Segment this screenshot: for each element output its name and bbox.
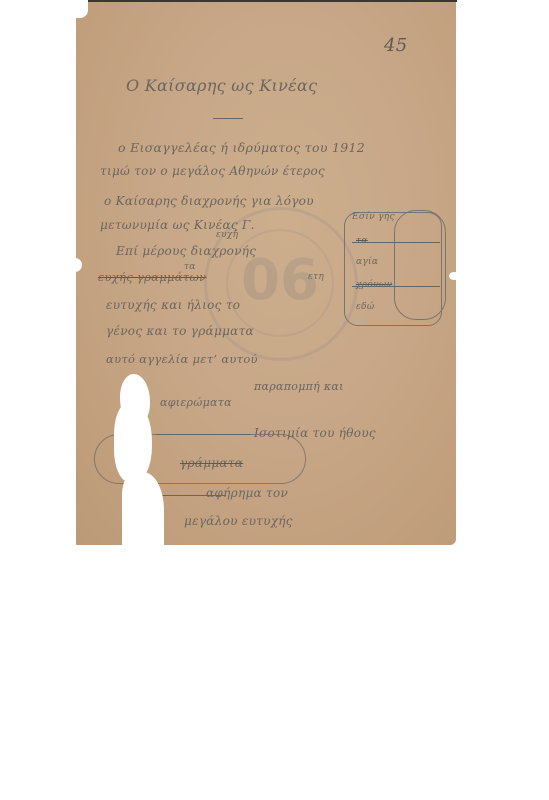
tear-hole-lower (122, 472, 164, 548)
manuscript-line-15: μεγάλου ευτυχής (184, 514, 293, 528)
title-rule (213, 118, 243, 119)
margin-strike-1 (352, 242, 440, 243)
margin-note-line-2: τα (356, 236, 368, 246)
manuscript-line-3: ο Καίσαρης διαχρονής για λόγου (104, 194, 314, 208)
manuscript-line-10: παραπομπή και (254, 380, 344, 393)
manuscript-line-7: ευτυχής και ήλιος το (106, 298, 240, 312)
margin-note-line-1: Εσίν γής (352, 212, 395, 222)
document-viewer: 06 45 Ο Καίσαρης ως Κινέας ο Εισαγγελέας… (0, 0, 549, 800)
margin-note-box-inner (394, 210, 446, 320)
page-number: 45 (384, 35, 408, 56)
margin-note-line-3: αγία (356, 257, 378, 267)
manuscript-line-11: αφιερώματα (160, 396, 232, 409)
tear-left-edge (72, 258, 82, 272)
manuscript-line-1: ο Εισαγγελέας ή ιδρύματος του 1912 (118, 140, 365, 155)
tear-hole-mid (114, 402, 152, 482)
insertion-2: τα (184, 262, 196, 272)
page-title: Ο Καίσαρης ως Κινέας (126, 76, 317, 95)
margin-strike-2 (352, 286, 440, 287)
manuscript-line-14: αφήρημα τον (206, 486, 288, 500)
margin-note-line-5: εδώ (356, 302, 375, 312)
insertion-3: ετη (308, 272, 324, 282)
manuscript-line-8: γένος και το γράμματα (106, 324, 254, 338)
manuscript-line-2: τιμώ τον ο μεγάλος Αθηνών έτερος (100, 164, 325, 178)
manuscript-line-9: αυτό αγγελία μετ’ αυτού (106, 352, 258, 366)
tear-right-notch (449, 272, 459, 280)
manuscript-page: 06 45 Ο Καίσαρης ως Κινέας ο Εισαγγελέας… (76, 2, 456, 545)
manuscript-line-6-struck: ευχής γραμμάτων (98, 270, 206, 284)
insertion-1: ευχή (216, 230, 238, 240)
margin-note-line-4: χρόνων (356, 280, 392, 290)
tear-top-left (74, 0, 88, 18)
manuscript-line-5: Επί μέρους διαχρονής (116, 244, 256, 258)
